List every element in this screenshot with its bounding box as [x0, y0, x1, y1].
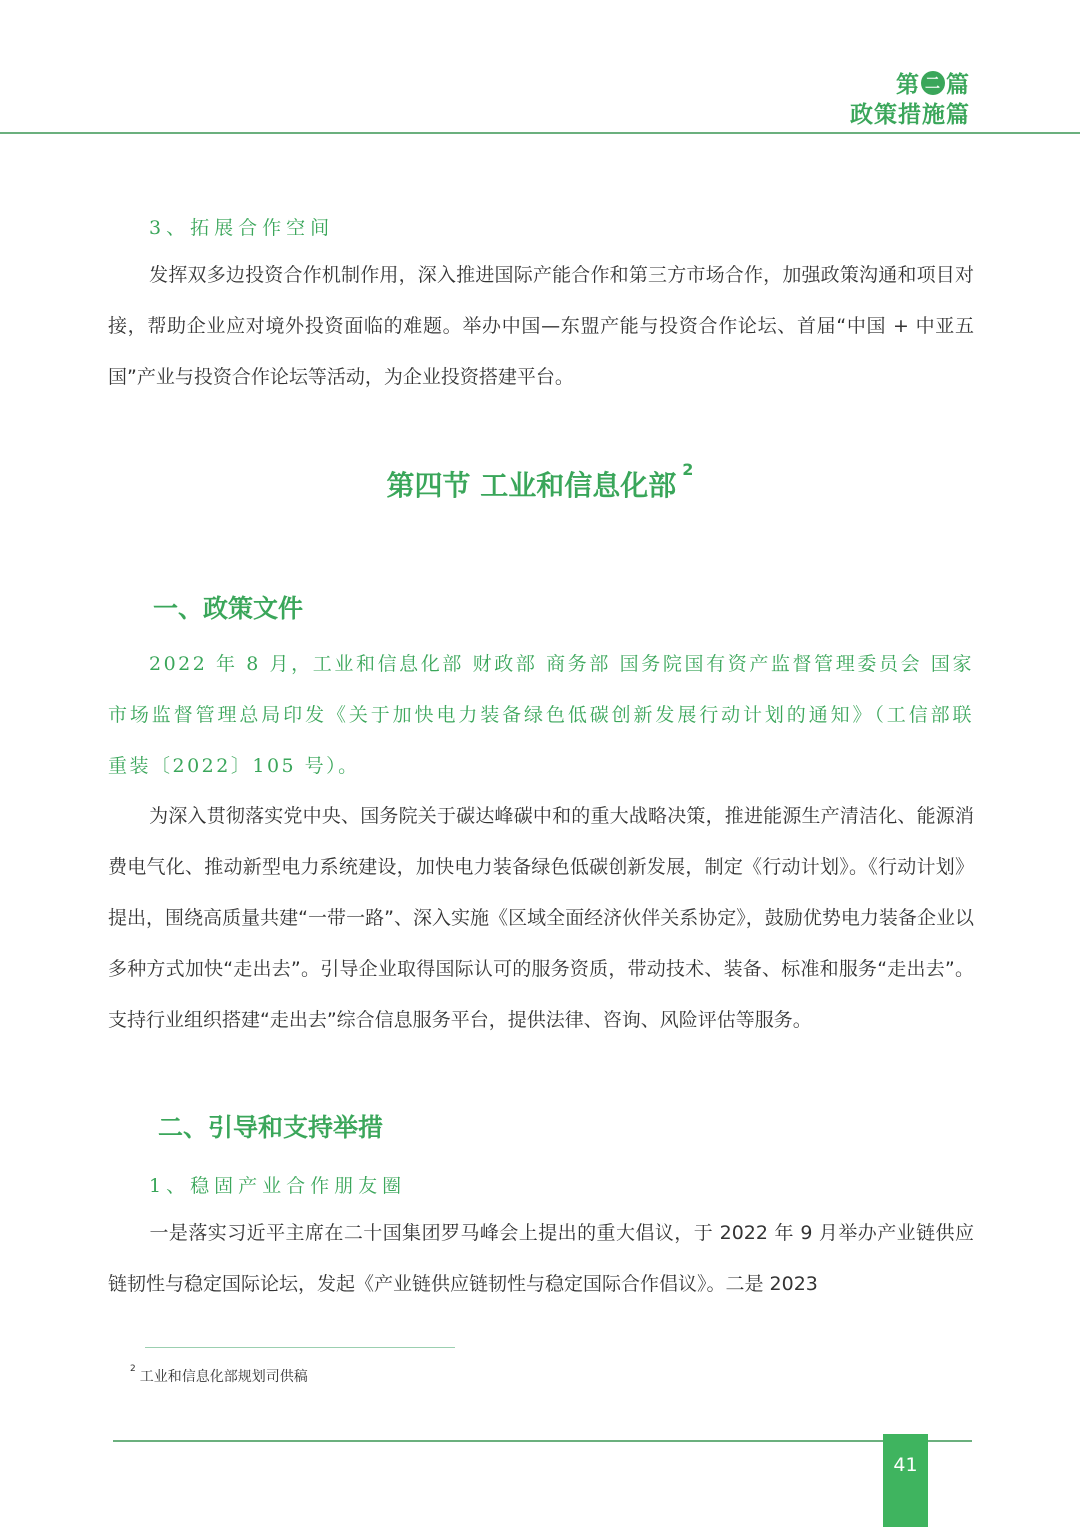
chapter-label: 第 二 篇 — [896, 66, 970, 99]
chapter-number-badge: 二 — [921, 71, 945, 95]
action-plan-paragraph: 为深入贯彻落实党中央、国务院关于碳达峰碳中和的重大战略决策，推进能源生产清洁化、… — [108, 791, 974, 1046]
chapter-prefix: 第 — [896, 66, 920, 99]
subheading-expand-cooperation: 3、拓展合作空间 — [149, 213, 334, 240]
footnote-ref[interactable]: 2 — [682, 460, 693, 479]
industrial-cooperation-text: 一是落实习近平主席在二十国集团罗马峰会上提出的重大倡议，于 2022 年 9 月… — [108, 1222, 974, 1295]
industrial-cooperation-paragraph: 一是落实习近平主席在二十国集团罗马峰会上提出的重大倡议，于 2022 年 9 月… — [108, 1208, 974, 1310]
page-number: 41 — [883, 1434, 928, 1527]
section-title: 第四节 工业和信息化部2 — [0, 464, 1080, 504]
heading-guidance-support: 二、引导和支持举措 — [158, 1108, 383, 1144]
paragraph-expand-cooperation: 发挥双多边投资合作机制作用，深入推进国际产能合作和第三方市场合作，加强政策沟通和… — [108, 250, 974, 403]
footer-divider — [113, 1440, 972, 1442]
footnote-divider — [145, 1347, 455, 1348]
section-title-text: 第四节 工业和信息化部 — [387, 469, 677, 502]
subheading-industrial-cooperation: 1、稳固产业合作朋友圈 — [149, 1171, 406, 1198]
footnote: 2工业和信息化部规划司供稿 — [130, 1366, 308, 1386]
heading-policy-documents: 一、政策文件 — [153, 589, 303, 625]
action-plan-text: 为深入贯彻落实党中央、国务院关于碳达峰碳中和的重大战略决策，推进能源生产清洁化、… — [108, 805, 974, 1031]
policy-document-paragraph: 2022 年 8 月，工业和信息化部 财政部 商务部 国务院国有资产监督管理委员… — [108, 639, 974, 792]
chapter-title: 政策措施篇 — [850, 96, 970, 129]
policy-document-text: 2022 年 8 月，工业和信息化部 财政部 商务部 国务院国有资产监督管理委员… — [108, 653, 974, 777]
footnote-number: 2 — [130, 1364, 136, 1374]
footnote-text: 工业和信息化部规划司供稿 — [140, 1369, 308, 1385]
chapter-suffix: 篇 — [946, 66, 970, 99]
paragraph-text: 发挥双多边投资合作机制作用，深入推进国际产能合作和第三方市场合作，加强政策沟通和… — [108, 264, 974, 388]
header-divider — [0, 132, 1080, 134]
